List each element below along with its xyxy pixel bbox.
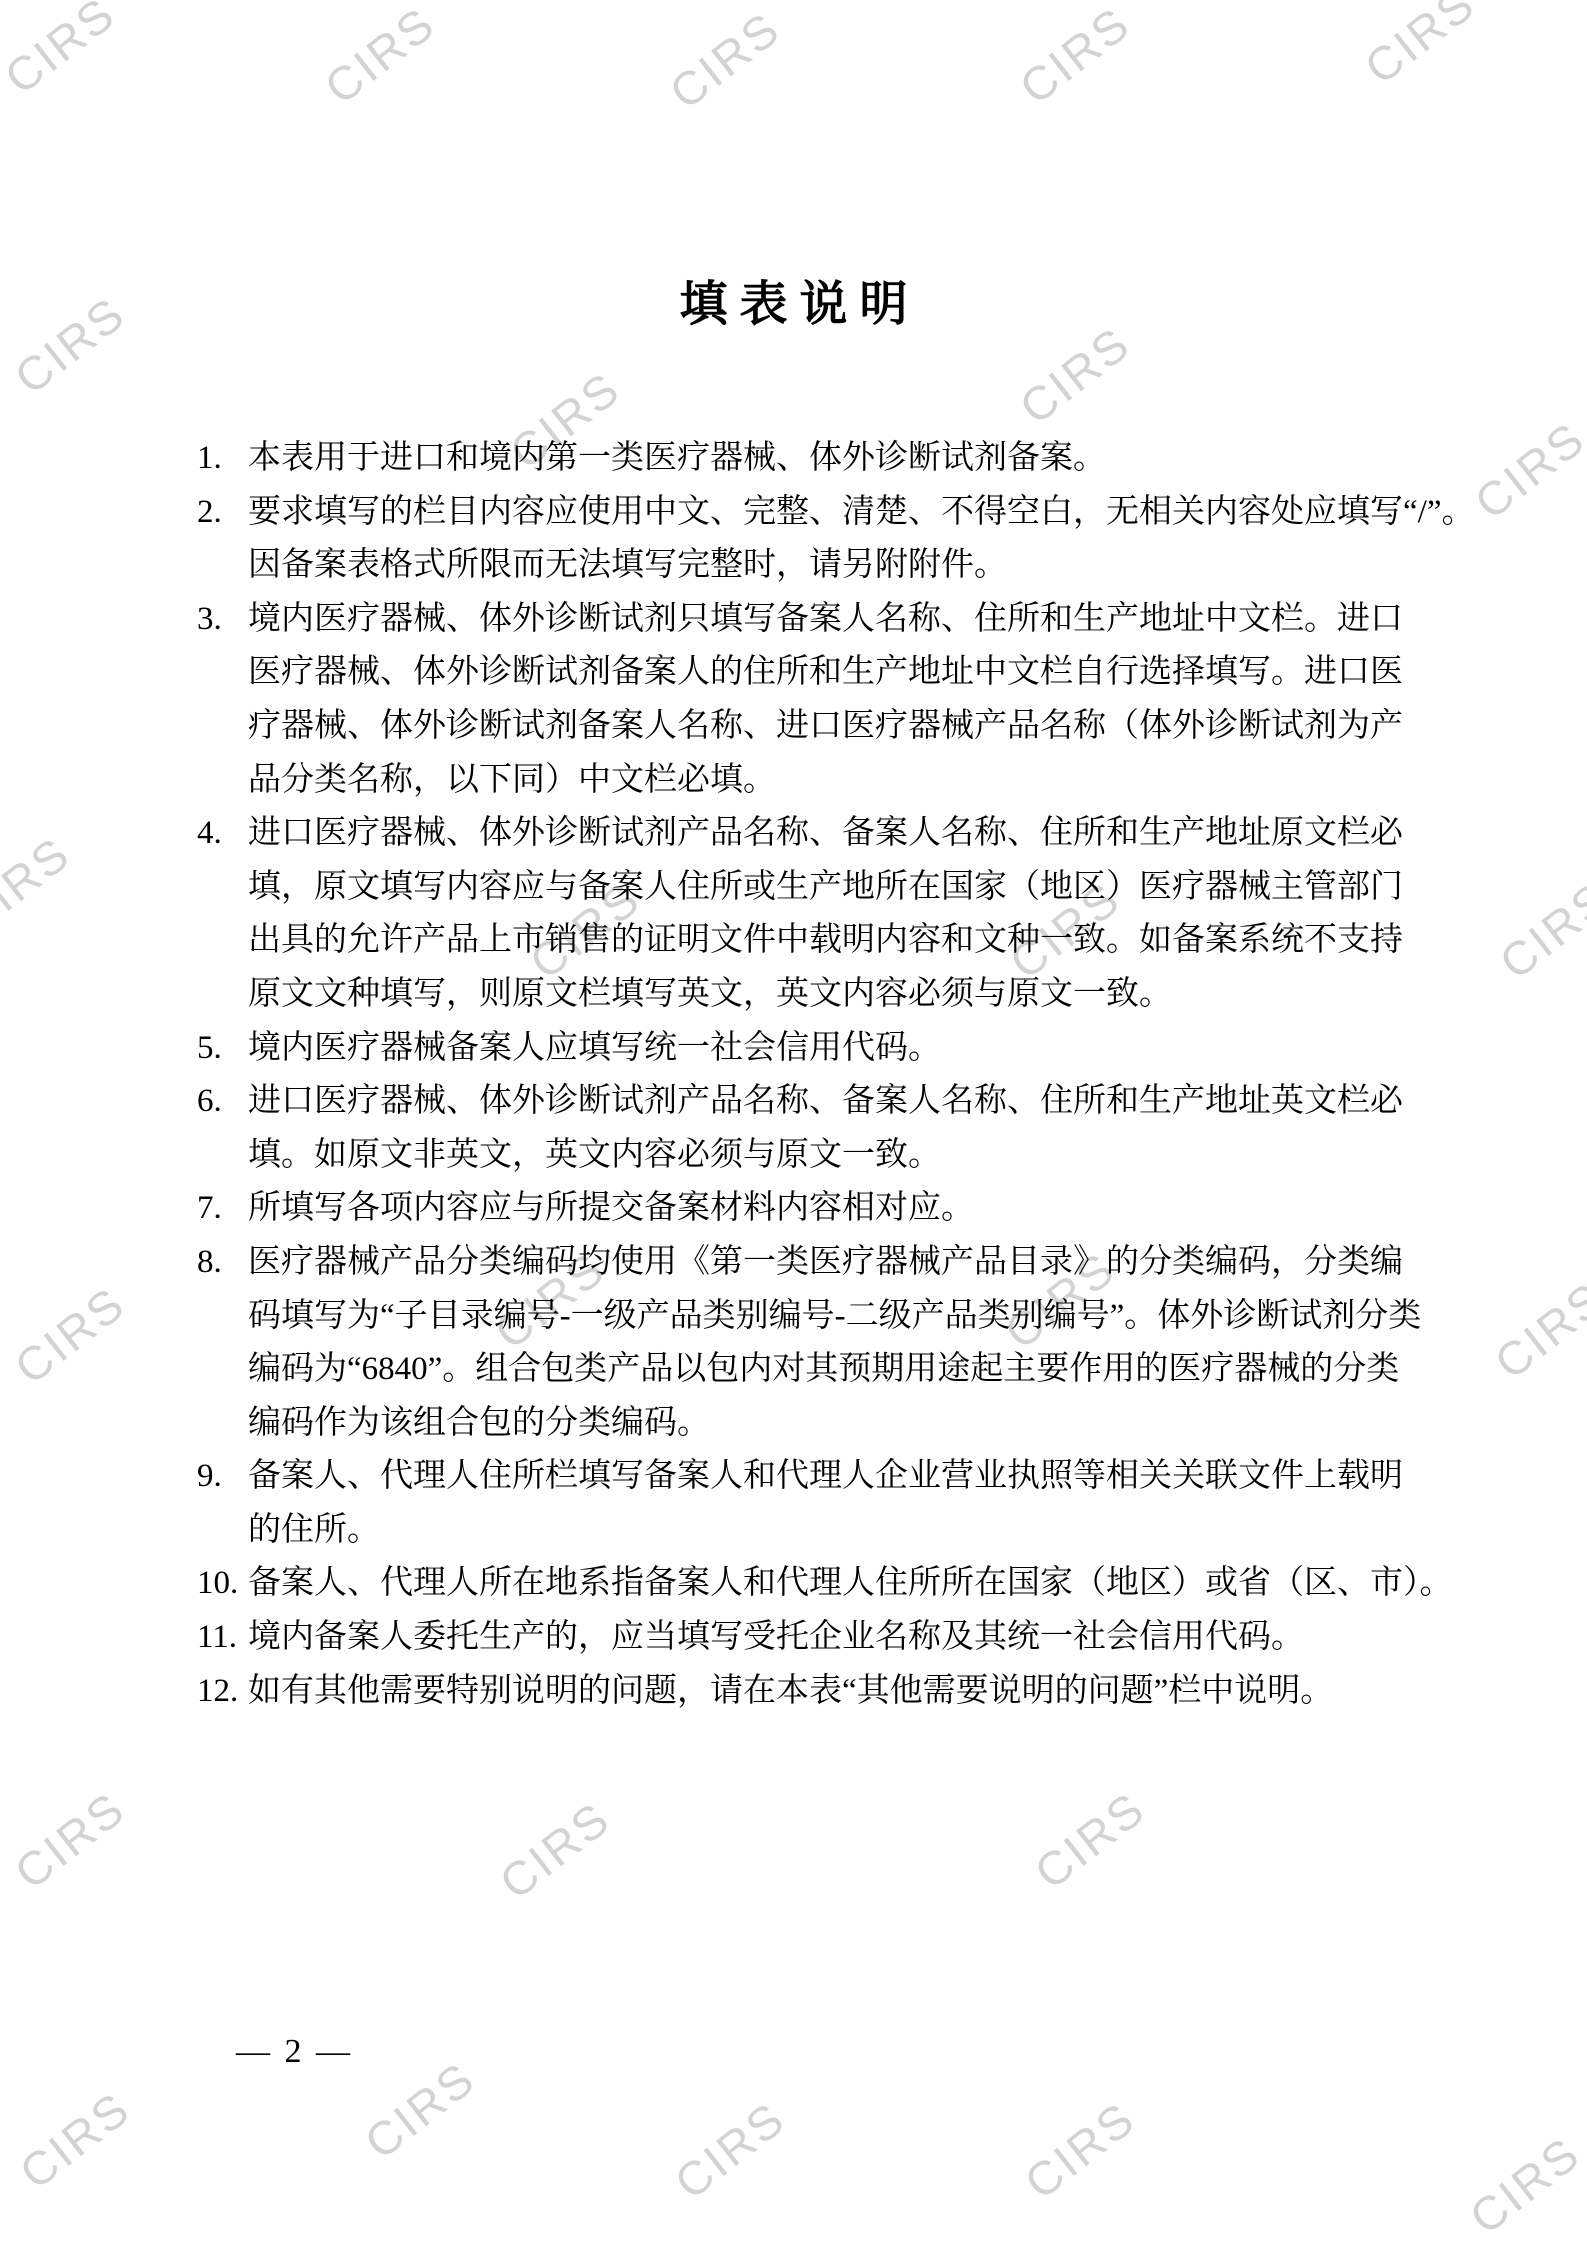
instruction-item: 8.医疗器械产品分类编码均使用《第一类医疗器械产品目录》的分类编码，分类编码填写… xyxy=(248,1236,1390,1450)
item-line: 原文文种填写，则原文栏填写英文，英文内容必须与原文一致。 xyxy=(248,968,1390,1022)
watermark-cirs: CIRS xyxy=(354,2050,486,2170)
instruction-item: 2.要求填写的栏目内容应使用中文、完整、清楚、不得空白，无相关内容处应填写“/”… xyxy=(248,486,1390,593)
instruction-item: 11.境内备案人委托生产的，应当填写受托企业名称及其统一社会信用代码。 xyxy=(248,1611,1390,1665)
item-number: 3. xyxy=(197,593,222,647)
item-line: 境内医疗器械备案人应填写统一社会信用代码。 xyxy=(248,1022,1390,1076)
item-number: 5. xyxy=(197,1022,222,1076)
instruction-item: 1.本表用于进口和境内第一类医疗器械、体外诊断试剂备案。 xyxy=(248,432,1390,486)
item-line: 所填写各项内容应与所提交备案材料内容相对应。 xyxy=(248,1182,1390,1236)
watermark-cirs: CIRS xyxy=(314,0,446,115)
item-line: 进口医疗器械、体外诊断试剂产品名称、备案人名称、住所和生产地址英文栏必 xyxy=(248,1075,1390,1129)
item-line: 品分类名称，以下同）中文栏必填。 xyxy=(248,754,1390,808)
instruction-item: 3.境内医疗器械、体外诊断试剂只填写备案人名称、住所和生产地址中文栏。进口医疗器… xyxy=(248,593,1390,807)
instruction-item: 5.境内医疗器械备案人应填写统一社会信用代码。 xyxy=(248,1022,1390,1076)
item-line: 医疗器械、体外诊断试剂备案人的住所和生产地址中文栏自行选择填写。进口医 xyxy=(248,646,1390,700)
instruction-list: 1.本表用于进口和境内第一类医疗器械、体外诊断试剂备案。2.要求填写的栏目内容应… xyxy=(248,432,1390,1718)
watermark-cirs: CIRS xyxy=(659,0,791,120)
page-number: — 2 — xyxy=(236,2030,350,2074)
watermark-cirs: CIRS xyxy=(0,825,81,945)
watermark-cirs: CIRS xyxy=(1489,870,1587,990)
item-line: 出具的允许产品上市销售的证明文件中载明内容和文种一致。如备案系统不支持 xyxy=(248,914,1390,968)
item-line: 本表用于进口和境内第一类医疗器械、体外诊断试剂备案。 xyxy=(248,432,1390,486)
item-number: 12. xyxy=(197,1665,238,1719)
item-line: 如有其他需要特别说明的问题，请在本表“其他需要说明的问题”栏中说明。 xyxy=(248,1665,1390,1719)
item-line: 填，原文填写内容应与备案人住所或生产地所在国家（地区）医疗器械主管部门 xyxy=(248,861,1390,915)
item-number: 11. xyxy=(197,1611,237,1665)
watermark-cirs: CIRS xyxy=(4,1275,136,1395)
item-number: 6. xyxy=(197,1075,222,1129)
document-page: CIRSCIRSCIRSCIRSCIRSCIRSCIRSCIRSCIRSCIRS… xyxy=(0,0,1587,2245)
watermark-cirs: CIRS xyxy=(664,2090,796,2210)
item-number: 8. xyxy=(197,1236,222,1290)
watermark-cirs: CIRS xyxy=(1354,0,1486,95)
watermark-cirs: CIRS xyxy=(0,0,126,105)
watermark-cirs: CIRS xyxy=(1484,1270,1587,1390)
item-number: 10. xyxy=(197,1557,238,1611)
item-line: 编码作为该组合包的分类编码。 xyxy=(248,1397,1390,1451)
watermark-cirs: CIRS xyxy=(1014,2090,1146,2210)
watermark-cirs: CIRS xyxy=(1009,0,1141,115)
watermark-cirs: CIRS xyxy=(1009,315,1141,435)
watermark-cirs: CIRS xyxy=(1459,2125,1587,2245)
watermark-cirs: CIRS xyxy=(489,1790,621,1910)
item-line: 的住所。 xyxy=(248,1504,1390,1558)
item-line: 备案人、代理人所在地系指备案人和代理人住所所在国家（地区）或省（区、市）。 xyxy=(248,1557,1390,1611)
item-number: 7. xyxy=(197,1182,222,1236)
watermark-cirs: CIRS xyxy=(1464,410,1587,530)
item-line: 因备案表格式所限而无法填写完整时，请另附附件。 xyxy=(248,539,1390,593)
item-line: 境内备案人委托生产的，应当填写受托企业名称及其统一社会信用代码。 xyxy=(248,1611,1390,1665)
item-line: 疗器械、体外诊断试剂备案人名称、进口医疗器械产品名称（体外诊断试剂为产 xyxy=(248,700,1390,754)
item-line: 备案人、代理人住所栏填写备案人和代理人企业营业执照等相关关联文件上载明 xyxy=(248,1450,1390,1504)
watermark-cirs: CIRS xyxy=(1024,1780,1156,1900)
item-number: 9. xyxy=(197,1450,222,1504)
item-line: 码填写为“子目录编号-一级产品类别编号-二级产品类别编号”。体外诊断试剂分类 xyxy=(248,1290,1390,1344)
watermark-cirs: CIRS xyxy=(9,2080,141,2200)
item-line: 医疗器械产品分类编码均使用《第一类医疗器械产品目录》的分类编码，分类编 xyxy=(248,1236,1390,1290)
page-title: 填表说明 xyxy=(0,278,1587,332)
item-line: 编码为“6840”。组合包类产品以包内对其预期用途起主要作用的医疗器械的分类 xyxy=(248,1343,1390,1397)
instruction-item: 10.备案人、代理人所在地系指备案人和代理人住所所在国家（地区）或省（区、市）。 xyxy=(248,1557,1390,1611)
instruction-item: 4.进口医疗器械、体外诊断试剂产品名称、备案人名称、住所和生产地址原文栏必填，原… xyxy=(248,807,1390,1021)
item-line: 境内医疗器械、体外诊断试剂只填写备案人名称、住所和生产地址中文栏。进口 xyxy=(248,593,1390,647)
watermark-cirs: CIRS xyxy=(4,1780,136,1900)
item-line: 要求填写的栏目内容应使用中文、完整、清楚、不得空白，无相关内容处应填写“/”。 xyxy=(248,486,1390,540)
item-line: 进口医疗器械、体外诊断试剂产品名称、备案人名称、住所和生产地址原文栏必 xyxy=(248,807,1390,861)
item-number: 2. xyxy=(197,486,222,540)
instruction-item: 12.如有其他需要特别说明的问题，请在本表“其他需要说明的问题”栏中说明。 xyxy=(248,1665,1390,1719)
item-number: 1. xyxy=(197,432,222,486)
item-number: 4. xyxy=(197,807,222,861)
item-line: 填。如原文非英文，英文内容必须与原文一致。 xyxy=(248,1129,1390,1183)
instruction-item: 7.所填写各项内容应与所提交备案材料内容相对应。 xyxy=(248,1182,1390,1236)
instruction-item: 9.备案人、代理人住所栏填写备案人和代理人企业营业执照等相关关联文件上载明的住所… xyxy=(248,1450,1390,1557)
instruction-item: 6.进口医疗器械、体外诊断试剂产品名称、备案人名称、住所和生产地址英文栏必填。如… xyxy=(248,1075,1390,1182)
